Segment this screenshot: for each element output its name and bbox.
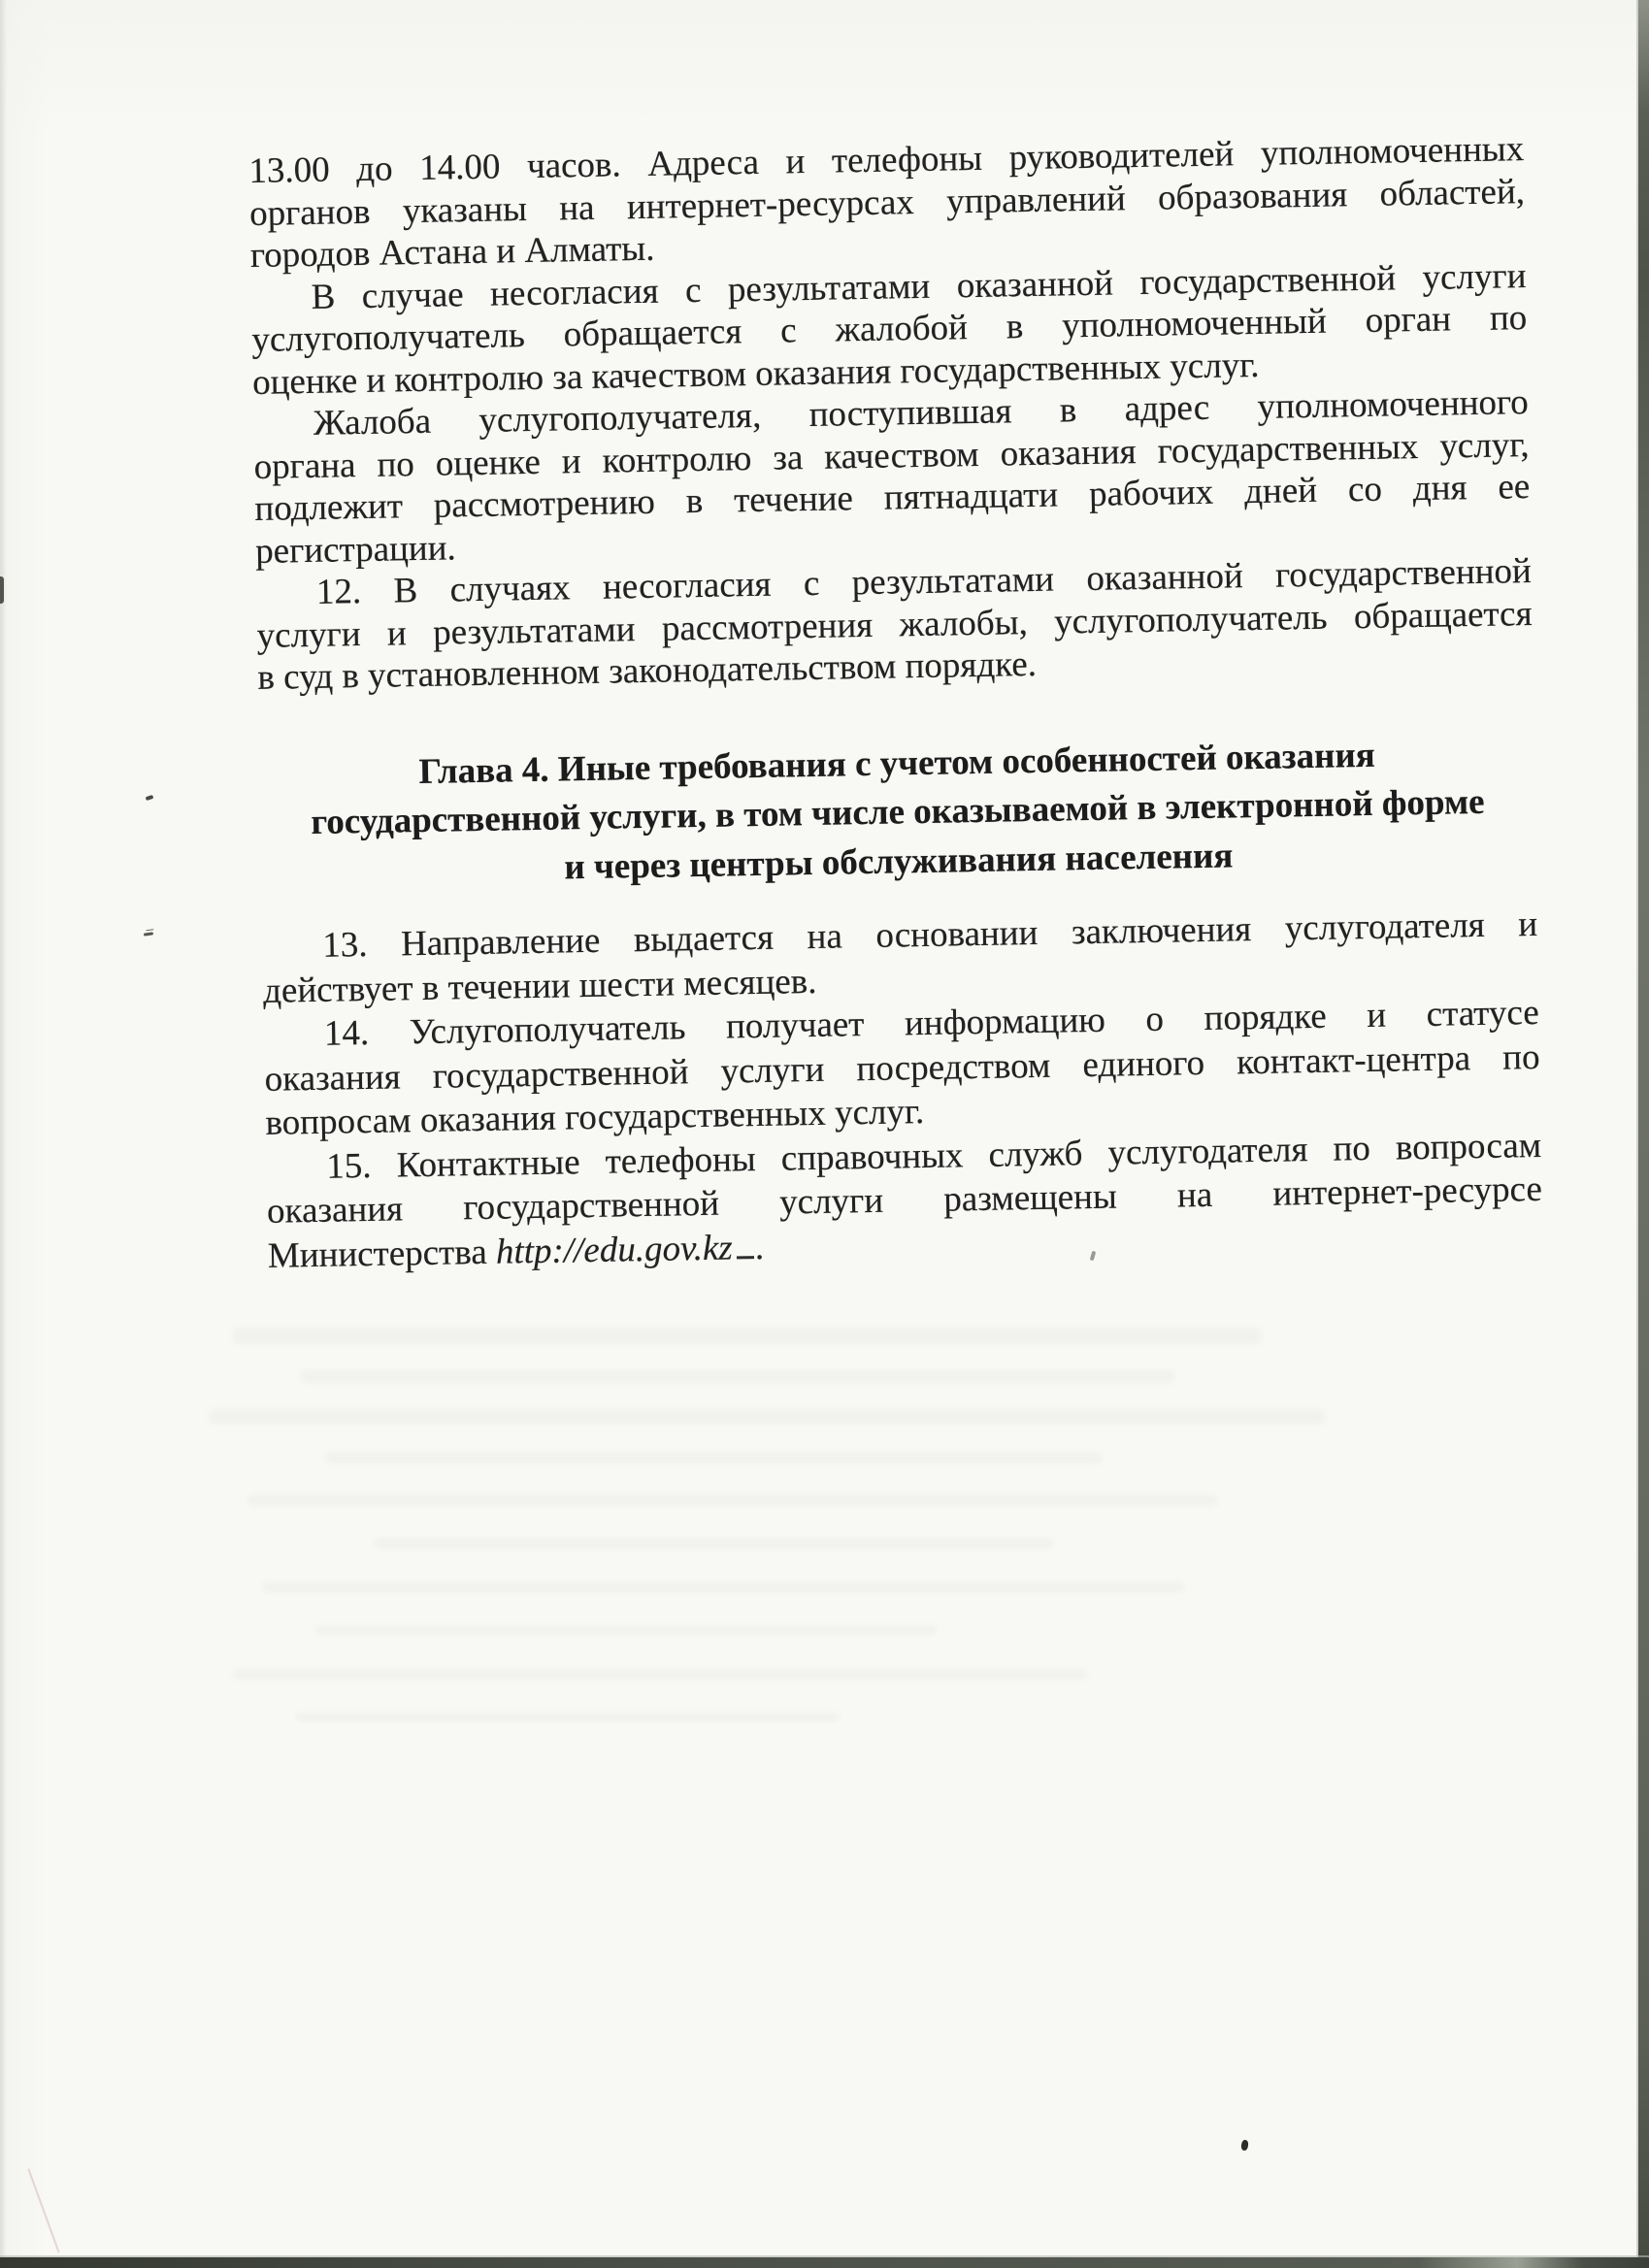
scan-edge-right	[1638, 0, 1649, 2268]
paper-crease	[27, 2168, 59, 2252]
scan-edge-left	[0, 0, 7, 2268]
paragraph-item-12: 12. В случаях несогласия с результатами …	[256, 550, 1534, 699]
ministry-url: http://edu.gov.kz	[496, 1228, 734, 1271]
bleed-through-smudge	[262, 1582, 1184, 1593]
bleed-through-smudge	[247, 1495, 1218, 1506]
paragraph-disagreement: В случае несогласия с результатами оказа…	[250, 255, 1528, 404]
scan-speck	[144, 932, 153, 936]
bleed-through-smudge	[233, 1328, 1262, 1344]
underline-mark	[737, 1235, 754, 1259]
sentence-period: .	[754, 1227, 764, 1266]
bleed-through-smudge	[301, 1370, 1174, 1383]
document-text: 13.00 до 14.00 часов. Адреса и телефоны …	[248, 128, 1543, 1278]
paragraph-complaint: Жалоба услугополучателя, поступившая в а…	[253, 381, 1532, 573]
paragraph-schedule-info: 13.00 до 14.00 часов. Адреса и телефоны …	[248, 128, 1526, 277]
bleed-through-smudge	[374, 1538, 1053, 1549]
bleed-through-smudge	[325, 1452, 1102, 1463]
bleed-through-smudge	[209, 1409, 1325, 1424]
bleed-through-smudge	[233, 1669, 1087, 1679]
scan-edge-notch	[0, 576, 4, 604]
bleed-through-smudge	[315, 1626, 937, 1635]
ministry-label: Министерства	[268, 1232, 497, 1275]
chapter-4-heading: Глава 4. Иные требования с учетом особен…	[259, 728, 1536, 897]
bleed-through-smudge	[296, 1713, 840, 1722]
paragraph-item-15: 15. Контактные телефоны справочных служб…	[266, 1123, 1543, 1277]
scan-edge-bottom	[0, 2257, 1649, 2268]
scan-speck	[1240, 2140, 1248, 2152]
scan-speck	[146, 795, 154, 801]
paragraph-item-14: 14. Услугополучатель получает информацию…	[264, 991, 1541, 1145]
scanned-page: 13.00 до 14.00 часов. Адреса и телефоны …	[0, 0, 1649, 2268]
